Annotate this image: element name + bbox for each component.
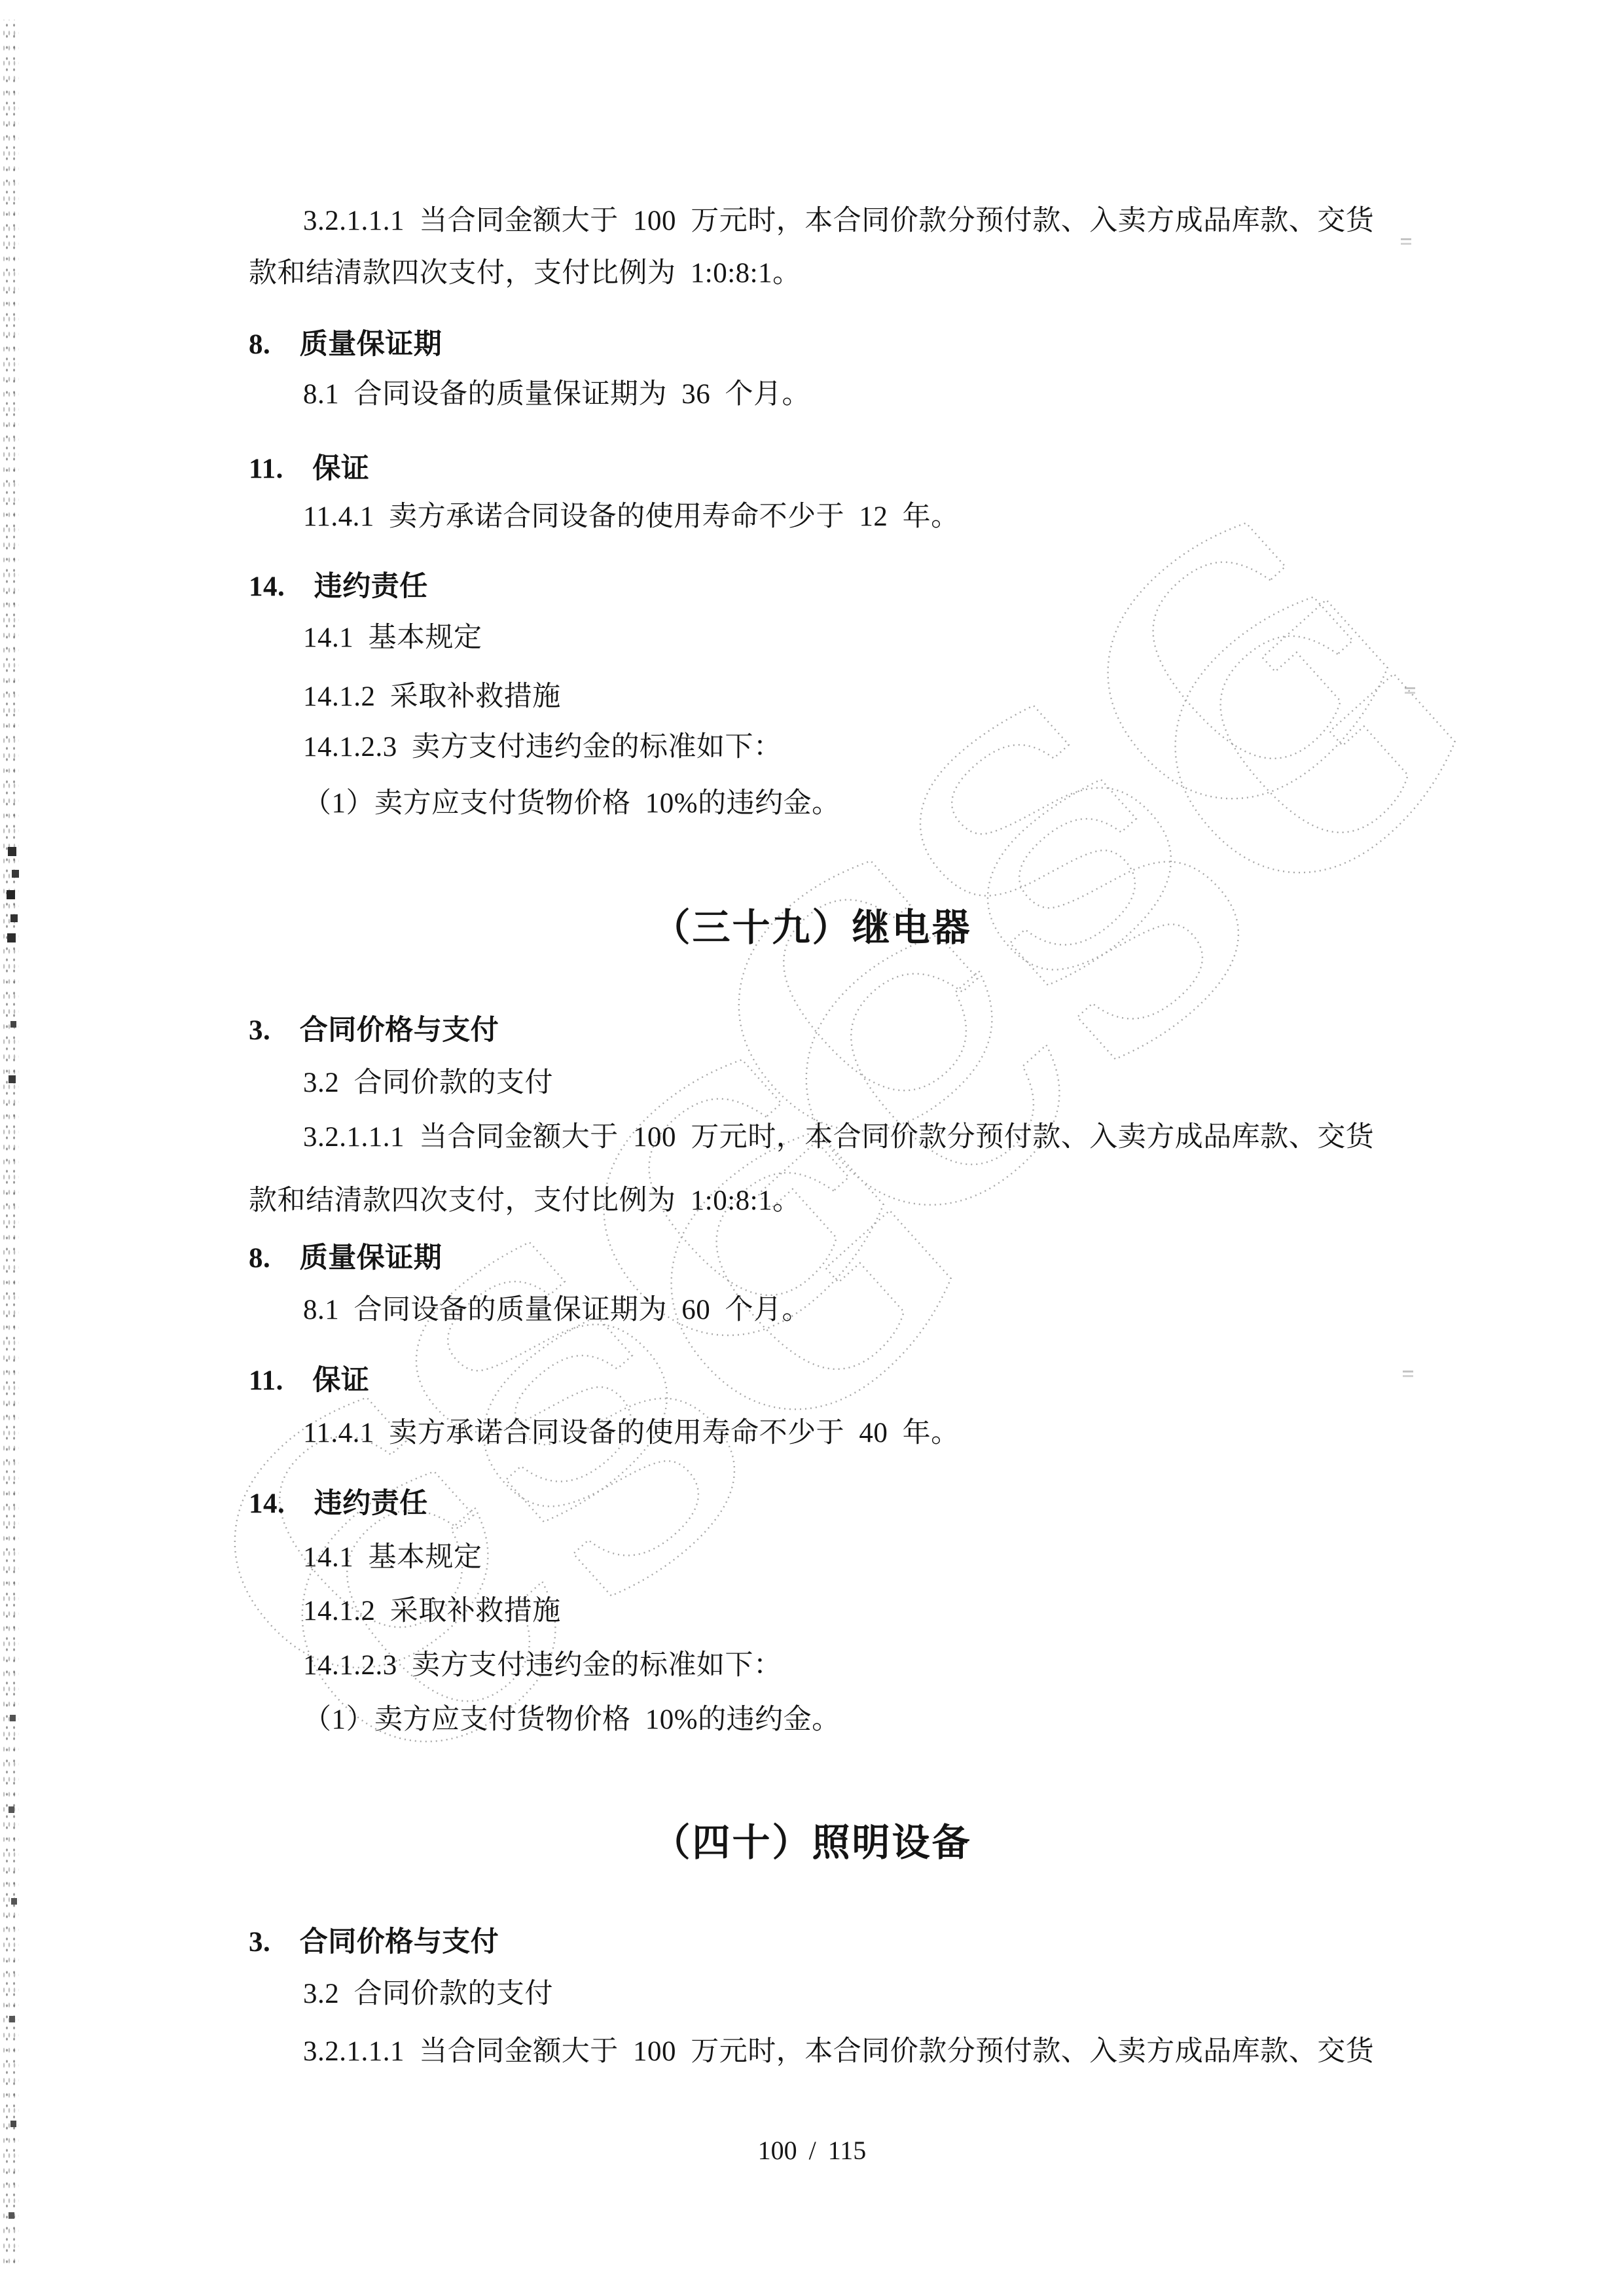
scan-edge-blobs [7, 0, 10, 4]
clause-14-1: 14.1 基本规定 [303, 622, 482, 654]
heading-14-breach-liability: 14. 违约责任 [249, 1488, 428, 1520]
clause-penalty-item-1: （1）卖方应支付货物价格 10%的违约金。 [303, 1704, 840, 1736]
clause-8-1: 8.1 合同设备的质量保证期为 60 个月。 [303, 1294, 810, 1326]
section-heading-40-lighting: （四十）照明设备 [0, 1812, 1624, 1867]
clause-11-4-1: 11.4.1 卖方承诺合同设备的使用寿命不少于 12 年。 [303, 501, 960, 533]
clause-14-1-2-3: 14.1.2.3 卖方支付违约金的标准如下： [303, 1649, 782, 1681]
clause-3-2-1-1-1-line1: 3.2.1.1.1 当合同金额大于 100 万元时，本合同价款分预付款、入卖方成… [303, 1121, 1374, 1153]
clause-14-1-2: 14.1.2 采取补救措施 [303, 1595, 561, 1627]
scan-speck [1405, 687, 1415, 689]
clause-3-2-1-1-1-line2: 款和结清款四次支付，支付比例为 1:0:8:1。 [249, 1185, 801, 1217]
heading-8-quality-warranty: 8. 质量保证期 [249, 329, 442, 361]
scan-speck [1403, 1371, 1413, 1372]
heading-3-price-payment: 3. 合同价格与支付 [249, 1014, 499, 1047]
scan-speck [1401, 238, 1411, 240]
clause-3-2-1-1-1-line1: 3.2.1.1.1 当合同金额大于 100 万元时，本合同价款分预付款、入卖方成… [303, 2036, 1374, 2068]
clause-11-4-1: 11.4.1 卖方承诺合同设备的使用寿命不少于 40 年。 [303, 1417, 960, 1449]
clause-14-1-2-3: 14.1.2.3 卖方支付违约金的标准如下： [303, 731, 782, 763]
clause-3-2: 3.2 合同价款的支付 [303, 1067, 553, 1099]
document-page: CSG CSG CSG CSG 3.2.1.1.1 当合同金额大于 100 万元… [0, 0, 1624, 2296]
scan-edge-noise [3, 20, 19, 2271]
page-number: 100 / 115 [0, 2135, 1624, 2166]
heading-3-price-payment: 3. 合同价格与支付 [249, 1926, 499, 1958]
section-heading-39-relay: （三十九）继电器 [0, 897, 1624, 952]
heading-11-guarantee: 11. 保证 [249, 453, 369, 485]
clause-14-1-2: 14.1.2 采取补救措施 [303, 681, 561, 713]
heading-14-breach-liability: 14. 违约责任 [249, 571, 428, 603]
heading-11-guarantee: 11. 保证 [249, 1365, 369, 1397]
clause-3-2: 3.2 合同价款的支付 [303, 1978, 553, 2010]
clause-penalty-item-1: （1）卖方应支付货物价格 10%的违约金。 [303, 787, 840, 819]
clause-3-2-1-1-1-line1: 3.2.1.1.1 当合同金额大于 100 万元时，本合同价款分预付款、入卖方成… [303, 205, 1374, 237]
heading-8-quality-warranty: 8. 质量保证期 [249, 1242, 442, 1274]
clause-14-1: 14.1 基本规定 [303, 1541, 482, 1573]
clause-3-2-1-1-1-line2: 款和结清款四次支付，支付比例为 1:0:8:1。 [249, 257, 801, 289]
clause-8-1: 8.1 合同设备的质量保证期为 36 个月。 [303, 378, 810, 410]
